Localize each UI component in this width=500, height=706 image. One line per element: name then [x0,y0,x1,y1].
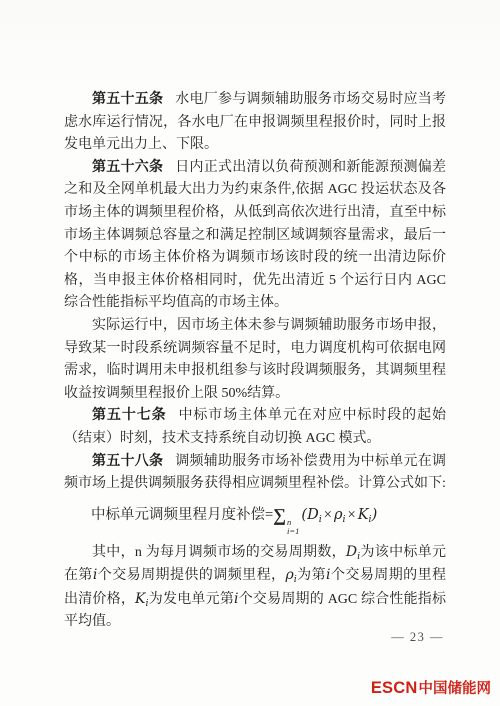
variable-rho: ρi [334,507,346,523]
article-57-number: 第五十七条 [92,408,178,423]
formula-explanation: 其中，n 为每月调频市场的交易周期数，Di为该中标单元在第i个交易周期提供的调频… [64,541,446,634]
article-56-text: 日内正式出清以负荷预测和新能源预测偏差之和及全网单机最大出力为约束条件,依据 A… [64,160,446,311]
sum-lower-limit: i=1 [287,527,299,536]
article-58: 第五十八条调频辅助服务市场补偿费用为中标单元在调频市场上提供调频服务获得相应调频… [64,451,446,496]
multiply-sign: × [346,507,358,523]
sum-symbol: ∑ [273,505,286,525]
formula-close-paren: ) [372,507,378,523]
symbol-rho: ρi [285,567,296,583]
escn-logo-chinese: 中国储能网 [419,681,492,697]
document-page: 第五十五条水电厂参与调频辅助服务市场交易时应当考虑水库运行情况，各水电厂在申报调… [0,0,500,706]
article-58-number: 第五十八条 [92,454,175,469]
formula-lhs: 中标单元调频里程月度补偿= [91,507,273,523]
escn-logo: ESCN中国储能网 [371,677,491,698]
article-56-supplement: 实际运行中，因市场主体未参与调频辅助服务市场申报，导致某一时段系统调频容量不足时… [64,315,446,405]
symbol-K: Ki [135,591,149,607]
escn-logo-latin: ESCN [371,679,418,697]
article-55-number: 第五十五条 [92,92,175,107]
article-56-number: 第五十六条 [92,160,175,175]
symbol-D: Di [346,544,360,560]
document-body: 第五十五条水电厂参与调频辅助服务市场交易时应当考虑水库运行情况，各水电厂在申报调… [64,89,446,634]
variable-D: Di [307,507,322,523]
article-57: 第五十七条中标市场主体单元在对应中标时段的起始（结束）时刻，技术支持系统自动切换… [64,405,446,450]
article-55: 第五十五条水电厂参与调频辅助服务市场交易时应当考虑水库运行情况，各水电厂在申报调… [64,89,446,157]
symbol-n: n [135,545,142,560]
page-number: — 23 — [391,630,444,645]
sum-limits: ni=1 [287,518,299,536]
article-56: 第五十六条日内正式出清以负荷预测和新能源预测偏差之和及全网单机最大出力为约束条件… [64,157,446,315]
article-56-supplement-text: 实际运行中，因市场主体未参与调频辅助服务市场申报，导致某一时段系统调频容量不足时… [64,318,446,401]
compensation-formula: 中标单元调频里程月度补偿=∑ni=1(Di×ρi×Ki) [64,503,446,536]
multiply-sign: × [322,507,334,523]
variable-K: Ki [358,507,372,523]
